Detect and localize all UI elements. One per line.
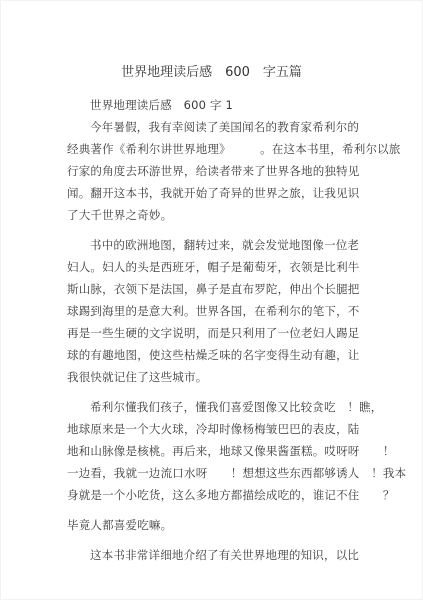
section-heading: 世界地理读后感 600 字 1 — [67, 94, 356, 116]
text-line: 妇人。妇人的头是西班牙，帽子是葡萄牙，衣领是比利牛 — [67, 256, 356, 278]
paragraph-2: 书中的欧洲地图，翻转过来，就会发觉地图像一位老 妇人。妇人的头是西班牙，帽子是葡… — [67, 234, 356, 388]
text-line: 我很快就记住了这些城市。 — [67, 366, 356, 388]
document-title: 世界地理读后感 600 字五篇 — [67, 64, 356, 81]
text-line: 斯山脉，衣领下是法国，鼻子是直布罗陀，伸出个长腿把 — [67, 278, 356, 300]
text-line: 地和山脉像是核桃。再后来，地球又像果酱蛋糕。哎呀呀 ！ — [67, 440, 356, 462]
paragraph-5: 这本书非常详细地介绍了有关世界地理的知识，以比 — [67, 544, 356, 566]
text-line: 毕竟人都喜爱吃嘛。 — [67, 514, 356, 536]
text-line: 今年暑假，我有幸阅读了美国闻名的教育家希利尔的 — [67, 116, 356, 138]
paragraph-4: 毕竟人都喜爱吃嘛。 — [67, 514, 356, 536]
paragraph-3: 希利尔懂我们孩子，懂我们喜爱图像又比较贪吃 ！瞧， 地球原来是一个大火球，冷却时… — [67, 396, 356, 506]
paragraph-1: 今年暑假，我有幸阅读了美国闻名的教育家希利尔的 经典著作《希利尔讲世界地理》 。… — [67, 116, 356, 226]
text-line: 书中的欧洲地图，翻转过来，就会发觉地图像一位老 — [67, 234, 356, 256]
text-line: 行家的角度去环游世界，给读者带来了世界各地的独特见 — [67, 160, 356, 182]
text-line: 经典著作《希利尔讲世界地理》 。在这本书里，希利尔以旅 — [67, 138, 356, 160]
text-line: 身就是一个小吃货，这么多地方都描绘成吃的，谁记不住 ？ — [67, 484, 356, 506]
text-line: 球踢到海里的是意大利。世界各国，在希利尔的笔下，不 — [67, 300, 356, 322]
document-page: 世界地理读后感 600 字五篇 世界地理读后感 600 字 1 今年暑假，我有幸… — [0, 0, 423, 600]
text-line: 了大千世界之奇妙。 — [67, 204, 356, 226]
text-line: 一边看，我就一边流口水呀 ！想想这些东西都够诱人 ！我本 — [67, 462, 356, 484]
text-line: 再是一些生硬的文字说明，而是只利用了一位老妇人踢足 — [67, 322, 356, 344]
text-line: 这本书非常详细地介绍了有关世界地理的知识，以比 — [67, 544, 356, 566]
text-line: 闻。翻开这本书，我就开始了奇异的世界之旅，让我见识 — [67, 182, 356, 204]
text-line: 希利尔懂我们孩子，懂我们喜爱图像又比较贪吃 ！瞧， — [67, 396, 356, 418]
text-line: 球的有趣地图，使这些枯燥乏味的名字变得生动有趣，让 — [67, 344, 356, 366]
text-line: 地球原来是一个大火球，冷却时像杨梅皱巴巴的表皮，陆 — [67, 418, 356, 440]
